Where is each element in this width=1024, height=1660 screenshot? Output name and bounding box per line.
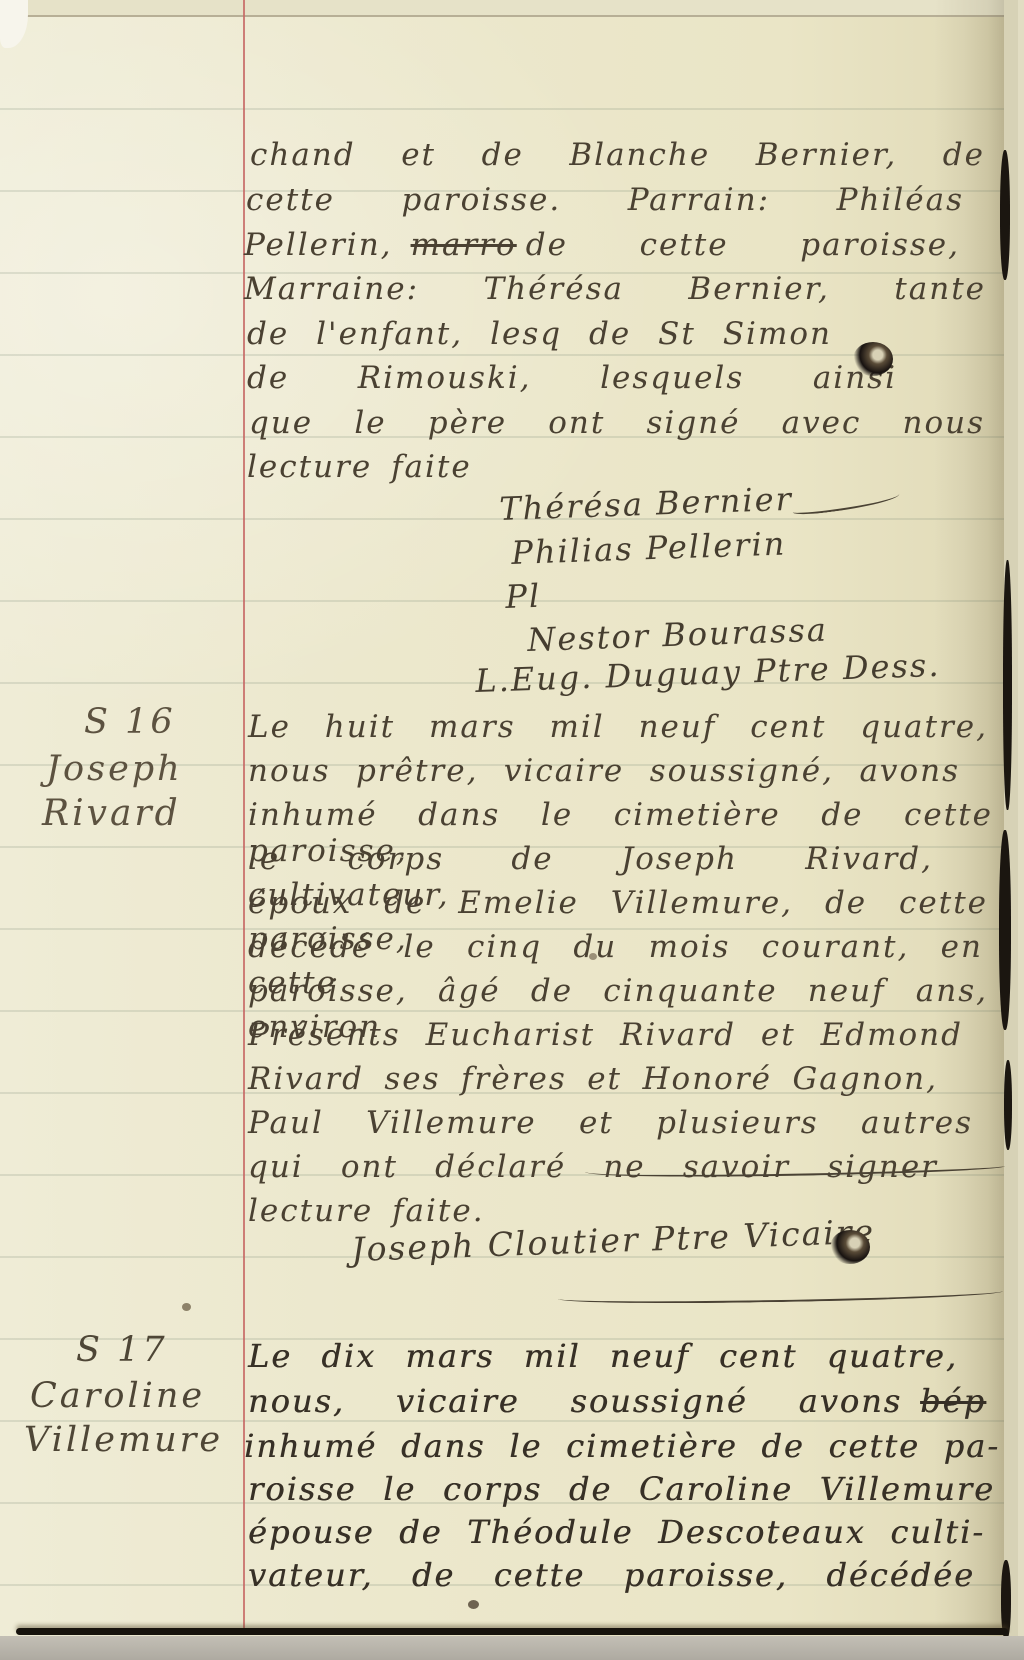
line-segment: Pellerin, <box>244 227 393 263</box>
handwritten-line: Rivard ses frères et Honoré Gagnon, <box>248 1062 938 1098</box>
handwritten-line: que le père ont signé avec nous <box>249 406 985 442</box>
handwritten-line: de l'enfant, lesq de St Simon <box>247 317 832 353</box>
binding-tear-mark <box>1004 1060 1012 1150</box>
paper-speck <box>468 1600 479 1609</box>
punch-hole <box>830 1230 870 1264</box>
handwritten-line: nous, vicaire soussigné avonsbép <box>248 1383 995 1420</box>
binding-tear-mark <box>999 830 1011 1030</box>
handwritten-line: vateur, de cette paroisse, décédée <box>248 1557 975 1594</box>
handwritten-line: de Rimouski, lesquels ainsi <box>247 361 897 397</box>
handwritten-line: Présents Eucharist Rivard et Edmond <box>248 1018 963 1054</box>
handwritten-line: cette paroisse. Parrain: Philéas <box>246 183 964 219</box>
table-surface <box>0 1636 1024 1660</box>
punch-hole <box>853 342 893 376</box>
paper-speck <box>182 1303 191 1311</box>
binding-tear-mark <box>1000 150 1010 280</box>
signature: Pl <box>505 577 542 616</box>
margin-entry-name: Rivard <box>42 793 181 834</box>
handwritten-line: nous prêtre, vicaire soussigné, avons <box>248 754 960 790</box>
margin-entry-code: S 16 <box>84 702 176 742</box>
handwritten-line: inhumé dans le cimetière de cette pa- <box>244 1428 1000 1465</box>
handwritten-line: lecture faite. <box>248 1194 485 1230</box>
margin-entry-name: Joseph <box>46 749 183 789</box>
binding-tear-mark <box>1003 560 1012 810</box>
margin-entry-code: S 17 <box>76 1330 168 1370</box>
page-bottom-edge <box>16 1628 1008 1635</box>
handwritten-line: lecture faite <box>247 450 472 486</box>
handwritten-line: Le dix mars mil neuf cent quatre, <box>248 1338 958 1375</box>
page-top-edge <box>0 0 1004 17</box>
register-page-scan: chand et de Blanche Bernier, de cette pa… <box>0 0 1024 1660</box>
handwritten-line: Le huit mars mil neuf cent quatre, <box>248 710 988 746</box>
struck-out-word: bép <box>920 1382 986 1420</box>
margin-entry-name: Caroline <box>30 1376 205 1416</box>
next-page-edge <box>1018 0 1024 1660</box>
handwritten-line: roisse le corps de Caroline Villemure <box>248 1471 995 1508</box>
handwritten-line: chand et de Blanche Bernier, de <box>250 138 985 174</box>
line-segment: de cette paroisse, <box>526 227 960 263</box>
margin-entry-name: Villemure <box>24 1420 223 1460</box>
struck-out-word: marro <box>411 227 517 263</box>
handwritten-line: Paul Villemure et plusieurs autres <box>248 1106 973 1142</box>
handwritten-line: épouse de Théodule Descoteaux culti- <box>248 1514 985 1551</box>
handwritten-line: Pellerin,marrode cette paroisse, <box>244 228 960 264</box>
paper-speck <box>589 953 597 960</box>
line-segment: nous, vicaire soussigné avons <box>248 1382 902 1420</box>
handwritten-line: Marraine: Thérésa Bernier, tante <box>244 272 986 308</box>
